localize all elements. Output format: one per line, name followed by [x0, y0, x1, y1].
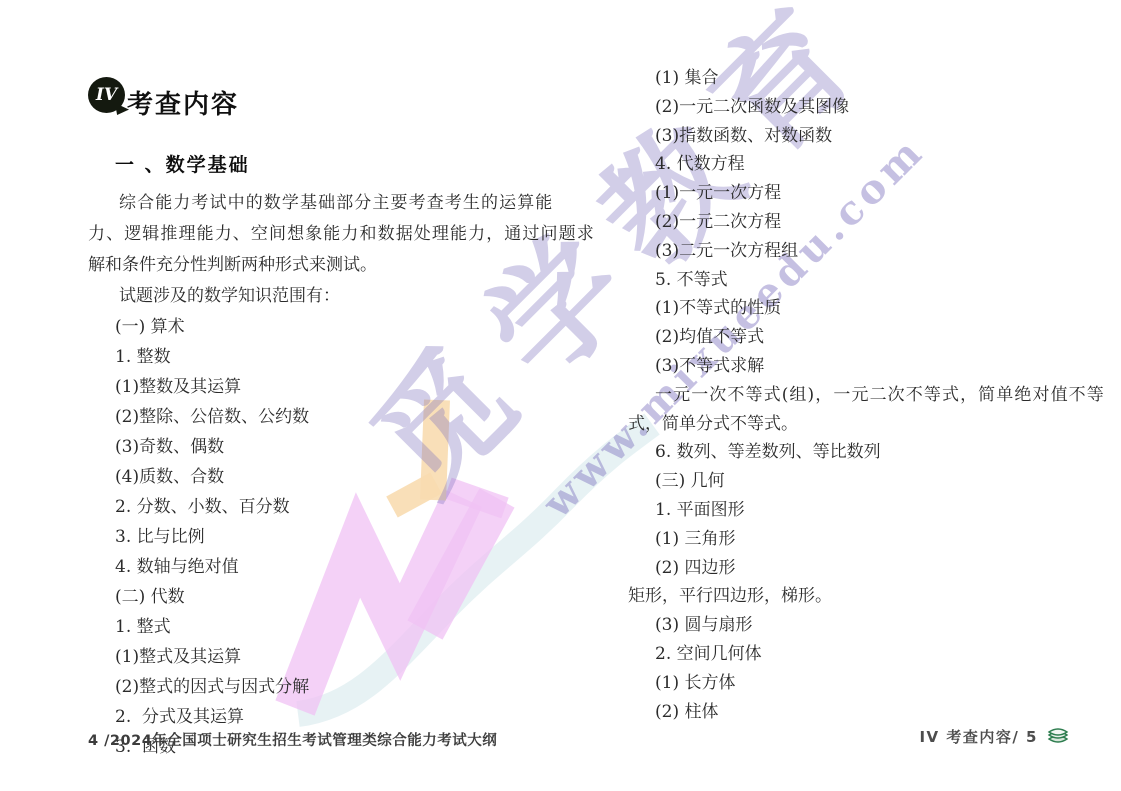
page-title: 考查内容 — [127, 84, 239, 121]
outline-line: (三) 几何 — [628, 467, 1096, 496]
paragraph-line: 试题涉及的数学知识范围有： — [88, 281, 560, 312]
outline-line: (4)质数、合数 — [88, 462, 560, 492]
footer-page-right: IV 考查内容/ 5 — [919, 726, 1069, 747]
outline-line: (1) 集合 — [628, 64, 1096, 93]
outline-line: (3) 圆与扇形 — [628, 611, 1096, 640]
outline-line: (1) 三角形 — [628, 525, 1096, 554]
outline-line: 2. 分数、小数、百分数 — [88, 492, 560, 522]
outline-line: (2)均值不等式 — [628, 323, 1096, 352]
outline-line: (2)一元二次方程 — [628, 208, 1096, 237]
outline-line: 一元一次不等式(组)，一元二次不等式，简单绝对值不等 — [628, 381, 1096, 410]
outline-line: (2) 柱体 — [628, 698, 1096, 727]
outline-line: 2. 分式及其运算 — [88, 702, 560, 732]
outline-line: 式，简单分式不等式。 — [628, 410, 1096, 439]
outline-line: (1) 长方体 — [628, 669, 1096, 698]
outline-line: (3)奇数、偶数 — [88, 432, 560, 462]
outline-line: (3)指数函数、对数函数 — [628, 122, 1096, 151]
outline-line: 矩形，平行四边形，梯形。 — [628, 582, 1096, 611]
paragraph-line: 解和条件充分性判断两种形式来测试。 — [88, 250, 560, 281]
outline-line: (3)二元一次方程组 — [628, 237, 1096, 266]
paragraph-line: 力、逻辑推理能力、空间想象能力和数据处理能力，通过问题求 — [88, 219, 560, 250]
outline-line: 1. 平面图形 — [628, 496, 1096, 525]
outline-line: (3)不等式求解 — [628, 352, 1096, 381]
outline-line: (1)整数及其运算 — [88, 372, 560, 402]
stacked-pages-icon — [1047, 727, 1069, 747]
right-outline-list: (1) 集合(2)一元二次函数及其图像(3)指数函数、对数函数4. 代数方程(1… — [628, 64, 1096, 726]
outline-line: (一) 算术 — [88, 312, 560, 342]
outline-line: 1. 整数 — [88, 342, 560, 372]
outline-line: (2)一元二次函数及其图像 — [628, 93, 1096, 122]
left-outline-list: (一) 算术1. 整数(1)整数及其运算(2)整除、公倍数、公约数(3)奇数、偶… — [88, 312, 560, 762]
section-number-badge: IV — [88, 77, 125, 113]
outline-line: (2)整式的因式与因式分解 — [88, 672, 560, 702]
footer-section-label: IV 考查内容/ 5 — [919, 726, 1038, 747]
outline-line: 4. 数轴与绝对值 — [88, 552, 560, 582]
outline-line: (二) 代数 — [88, 582, 560, 612]
outline-line: (2) 四边形 — [628, 554, 1096, 583]
outline-line: 1. 整式 — [88, 612, 560, 642]
outline-line: 2. 空间几何体 — [628, 640, 1096, 669]
intro-paragraph: 综合能力考试中的数学基础部分主要考查考生的运算能力、逻辑推理能力、空间想象能力和… — [88, 188, 560, 312]
outline-line: 3. 比与比例 — [88, 522, 560, 552]
footer-page-left: 4 /2024年全国项士研究生招生考试管理类综合能力考试大纲 — [88, 729, 497, 750]
paragraph-line: 综合能力考试中的数学基础部分主要考查考生的运算能 — [88, 188, 560, 219]
outline-line: 6. 数列、等差数列、等比数列 — [628, 438, 1096, 467]
outline-line: 5. 不等式 — [628, 266, 1096, 295]
left-column: 一 、数学基础 综合能力考试中的数学基础部分主要考查考生的运算能力、逻辑推理能力… — [88, 150, 560, 762]
roman-numeral-icon: IV — [88, 77, 125, 113]
outline-line: (1)一元一次方程 — [628, 179, 1096, 208]
section-heading: 一 、数学基础 — [88, 150, 560, 188]
document-page: 觅学教育 www.mixueedu.com IV 考查内容 一 、数学基础 综合… — [0, 0, 1121, 791]
right-column: (1) 集合(2)一元二次函数及其图像(3)指数函数、对数函数4. 代数方程(1… — [628, 64, 1096, 726]
outline-line: (1)整式及其运算 — [88, 642, 560, 672]
outline-line: 4. 代数方程 — [628, 150, 1096, 179]
outline-line: (1)不等式的性质 — [628, 294, 1096, 323]
outline-line: (2)整除、公倍数、公约数 — [88, 402, 560, 432]
